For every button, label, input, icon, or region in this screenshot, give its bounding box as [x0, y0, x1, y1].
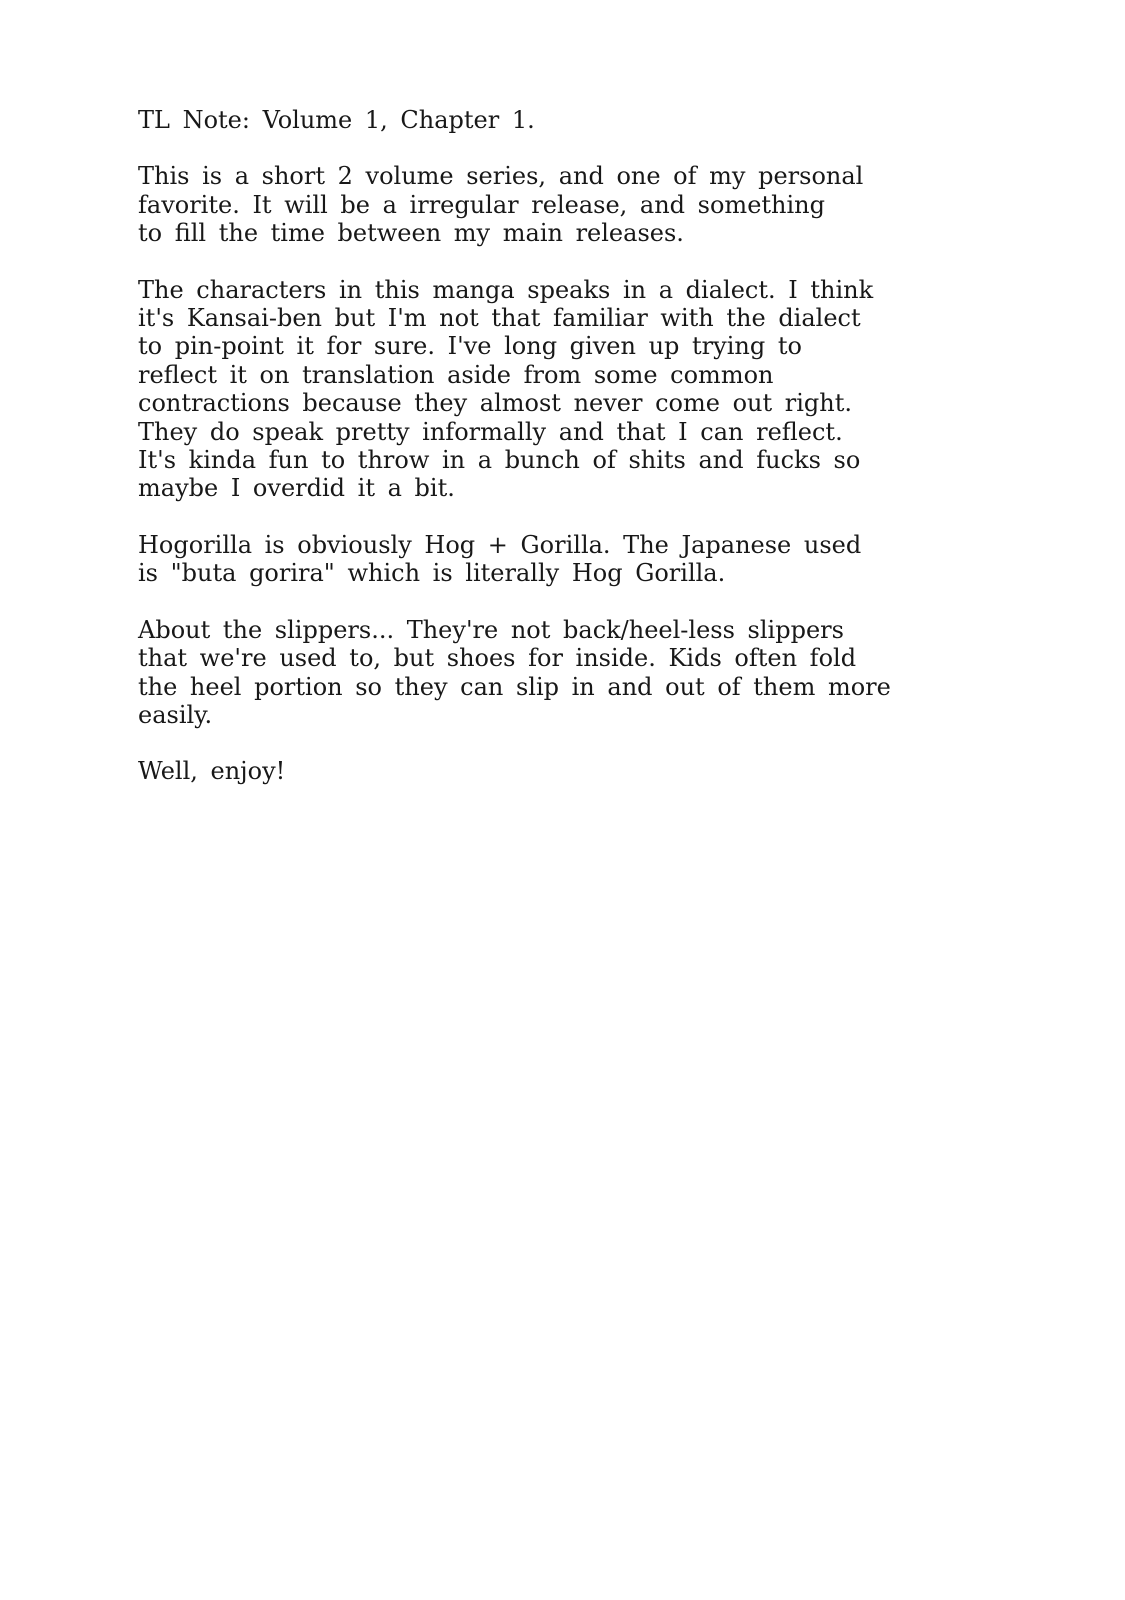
paragraph-hogorilla: Hogorilla is obviously Hog + Gorilla. Th…	[138, 531, 1098, 588]
paragraph-dialect: The characters in this manga speaks in a…	[138, 276, 1098, 503]
note-title: TL Note: Volume 1, Chapter 1.	[138, 106, 1098, 134]
note-content: TL Note: Volume 1, Chapter 1. This is a …	[138, 106, 1098, 814]
tl-note-page: TL Note: Volume 1, Chapter 1. This is a …	[0, 0, 1125, 1600]
closing-line: Well, enjoy!	[138, 757, 1098, 785]
paragraph-series-info: This is a short 2 volume series, and one…	[138, 162, 1098, 247]
paragraph-slippers: About the slippers... They're not back/h…	[138, 616, 1098, 730]
